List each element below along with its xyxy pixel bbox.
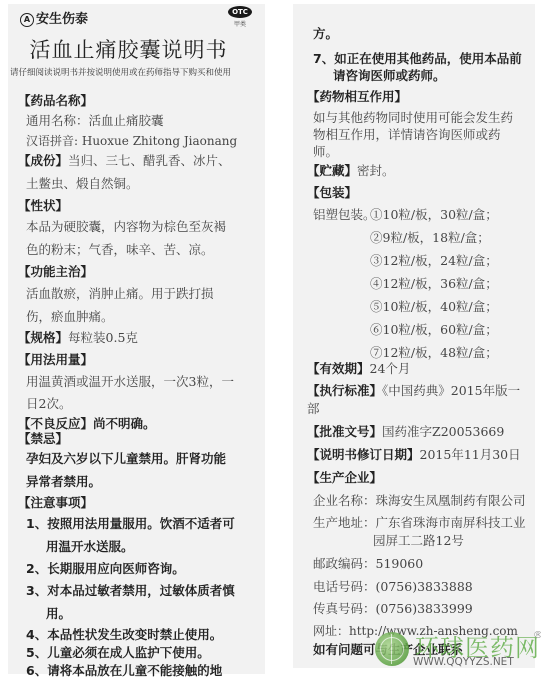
section-ingredients: 【成份】当归、三七、醋乳香、冰片、: [18, 153, 231, 169]
precaution-item: 用温开水送服。: [46, 539, 134, 555]
brand-logo: A安生伤泰: [20, 8, 88, 27]
interaction-text-1: 如与其他药物同时使用可能会发生药: [313, 110, 513, 126]
package-item: ⑤10粒/板，40粒/盒；: [370, 299, 498, 315]
section-description: 【性状】: [18, 198, 68, 214]
section-spec: 【规格】每粒装0.5克: [18, 330, 138, 346]
section-revision-date: 【说明书修订日期】2015年11月30日: [307, 447, 521, 463]
usage-notice: 请仔细阅读说明书并按说明使用或在药师指导下购买和使用: [10, 66, 231, 78]
fax: 传真号码：(0756)3833999: [313, 601, 473, 617]
package-item: ⑦12粒/板，48粒/盒；: [370, 345, 498, 361]
section-dosage: 【用法用量】: [18, 352, 93, 368]
package-item: ①10粒/板，30粒/盒；: [370, 207, 498, 223]
phone: 电话号码：(0756)3833888: [313, 579, 473, 595]
section-approval: 【批准文号】国药准字Z20053669: [307, 424, 504, 440]
adverse-value: 尚不明确。: [93, 416, 156, 431]
section-storage: 【贮藏】密封。: [307, 163, 395, 179]
ingredients-text: 当归、三七、醋乳香、冰片、: [68, 153, 231, 168]
package-item: ③12粒/板，24粒/盒；: [370, 253, 498, 269]
contra-text-2: 异常者禁用。: [26, 474, 101, 490]
postcode: 邮政编码：519060: [313, 556, 423, 572]
section-standard: 【执行标准】《中国药典》2015年版一: [307, 383, 520, 399]
registered-mark: ®: [533, 630, 541, 641]
indications-text-2: 伤，瘀血肿痛。: [26, 309, 114, 325]
spec-heading: 【规格】: [18, 330, 68, 345]
package-item: ④12粒/板，36粒/盒；: [370, 276, 498, 292]
precaution-item: 3、对本品过敏者禁用，过敏体质者慎: [26, 583, 235, 599]
precaution-item: 2、长期服用应向医师咨询。: [26, 561, 185, 577]
package-item: ②9粒/板，18粒/盒；: [370, 230, 490, 246]
storage-value: 密封。: [357, 163, 395, 178]
revision-heading: 【说明书修订日期】: [307, 447, 420, 462]
expiry-value: 24个月: [370, 361, 411, 376]
standard-value-2: 部: [307, 401, 320, 417]
pinyin-name: 汉语拼音: Huoxue Zhitong Jiaonang: [26, 133, 237, 149]
standard-value: 《中国药典》2015年版一: [382, 383, 520, 398]
address-line-1: 生产地址：广东省珠海市南屏科技工业: [313, 515, 526, 531]
expiry-heading: 【有效期】: [307, 361, 370, 376]
section-drug-name: 【药品名称】: [18, 93, 93, 109]
section-adverse: 【不良反应】尚不明确。: [18, 416, 156, 432]
precaution-continued: 方。: [313, 26, 338, 42]
description-text-2: 色的粉末；气香，味辛、苦、凉。: [26, 242, 214, 258]
globe-icon: [375, 632, 409, 666]
section-expiry: 【有效期】24个月: [307, 361, 410, 377]
section-package: 【包装】: [307, 185, 357, 201]
section-precautions: 【注意事项】: [18, 495, 93, 511]
storage-heading: 【贮藏】: [307, 163, 357, 178]
adverse-heading: 【不良反应】: [18, 416, 93, 431]
interaction-text-2: 物相互作用，详情请咨询医师或药: [313, 127, 501, 143]
section-manufacturer: 【生产企业】: [307, 470, 382, 486]
approval-value: 国药准字Z20053669: [382, 424, 504, 439]
spec-value: 每粒装0.5克: [68, 330, 138, 345]
page-title: 活血止痛胶囊说明书: [0, 34, 257, 64]
precaution-item: 4、本品性状发生改变时禁止使用。: [26, 627, 222, 643]
precaution-item: 用。: [46, 606, 71, 622]
brand-mark-icon: A: [20, 13, 34, 27]
ingredients-text-2: 土鳖虫、煅自然铜。: [26, 176, 139, 192]
generic-name: 通用名称：活血止痛胶囊: [26, 113, 164, 129]
description-text-1: 本品为硬胶囊，内容物为棕色至灰褐: [26, 219, 226, 235]
package-prefix: 铝塑包装。: [313, 207, 376, 223]
section-indications: 【功能主治】: [18, 264, 93, 280]
contra-text-1: 孕妇及六岁以下儿童禁用。肝肾功能: [26, 451, 226, 467]
section-contraindications: 【禁忌】: [18, 431, 68, 447]
precaution-item: 5、儿童必须在成人监护下使用。: [26, 645, 210, 661]
brand-name: 安生伤泰: [36, 12, 88, 27]
company-name: 企业名称：珠海安生凤凰制药有限公司: [313, 493, 526, 509]
precaution-item-7-cont: 请咨询医师或药师。: [333, 68, 446, 84]
package-item: ⑥10粒/板，60粒/盒；: [370, 322, 498, 338]
indications-text-1: 活血散瘀，消肿止痛。用于跌打损: [26, 286, 214, 302]
ingredients-heading: 【成份】: [18, 153, 68, 168]
precaution-item: 6、请将本品放在儿童不能接触的地: [26, 663, 222, 679]
section-interactions: 【药物相互作用】: [307, 89, 407, 105]
dosage-text-2: 日2次。: [26, 396, 71, 412]
precaution-item-7: 7、如正在使用其他药品，使用本品前: [313, 51, 522, 67]
address-line-2: 园屏工二路12号: [373, 533, 464, 549]
otc-badge-icon: OTC: [228, 6, 252, 18]
standard-heading: 【执行标准】: [307, 383, 382, 398]
dosage-text-1: 用温黄酒或温开水送服，一次3粒，一: [26, 374, 234, 390]
precaution-item: 1、按照用法用量服用。饮酒不适者可: [26, 516, 235, 532]
revision-value: 2015年11月30日: [420, 447, 521, 462]
otc-class: 甲类: [228, 19, 252, 28]
approval-heading: 【批准文号】: [307, 424, 382, 439]
otc-marker: OTC 甲类: [228, 6, 252, 28]
watermark-url: WWW.QQYYZS.NET: [413, 656, 514, 668]
interaction-text-3: 师。: [313, 144, 338, 160]
